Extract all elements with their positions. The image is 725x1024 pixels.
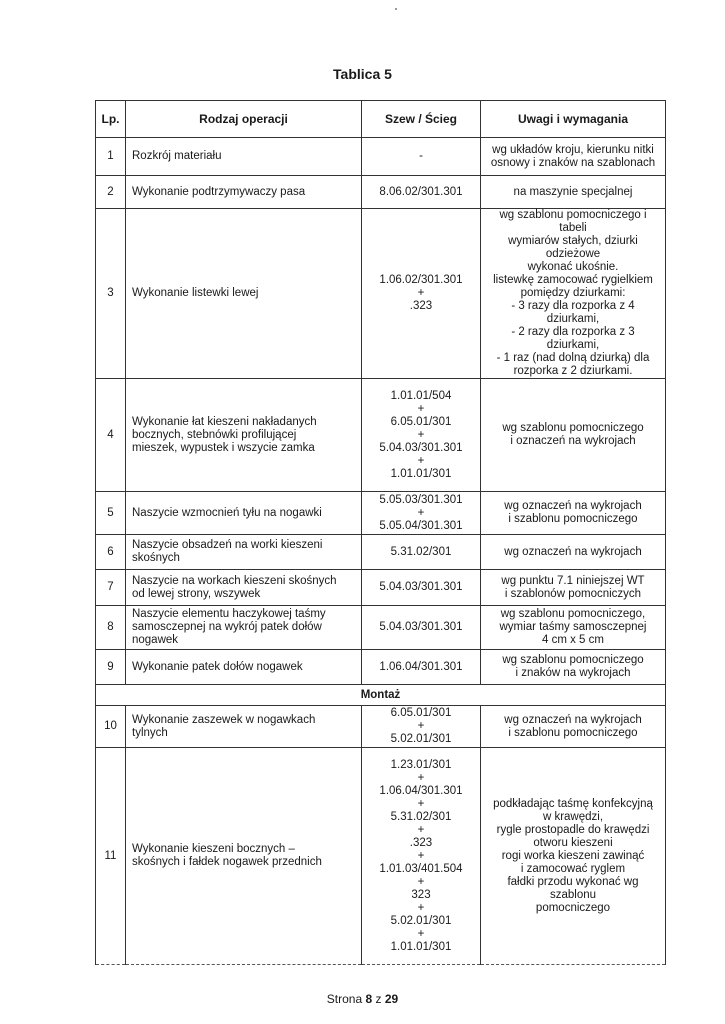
operation-cell-line: mieszek, wypustek i wszycie zamka xyxy=(132,442,357,455)
operation-cell: Naszycie obsadzeń na worki kieszeniskośn… xyxy=(126,535,362,570)
seam-cell-line: 5.04.03/301.301 xyxy=(366,621,476,634)
notes-cell: wg oznaczeń na wykrojachi szablonu pomoc… xyxy=(481,492,666,535)
notes-cell-line: wg oznaczeń na wykrojach xyxy=(485,546,661,559)
operation-cell-line: Naszycie wzmocnień tyłu na nogawki xyxy=(132,507,357,520)
seam-cell-line: 6.05.01/301 xyxy=(366,707,476,720)
seam-cell-line: 1.06.04/301.301 xyxy=(366,661,476,674)
row-number: 5 xyxy=(96,492,126,535)
operation-cell-line: od lewej strony, wszywek xyxy=(132,588,357,601)
header-notes: Uwagi i wymagania xyxy=(481,101,666,138)
notes-cell-line: wg oznaczeń na wykrojach xyxy=(485,714,661,727)
header-seam: Szew / Ścieg xyxy=(362,101,481,138)
table-row: 6Naszycie obsadzeń na worki kieszeniskoś… xyxy=(96,535,666,570)
seam-cell: 6.05.01/301+5.02.01/301 xyxy=(362,706,481,748)
seam-cell: 1.23.01/301+1.06.04/301.301+5.31.02/301+… xyxy=(362,748,481,965)
seam-cell-line: + xyxy=(366,507,476,520)
row-number: 11 xyxy=(96,748,126,965)
operation-cell-line: Naszycie elementu haczykowej taśmy xyxy=(132,608,357,621)
table-title: Tablica 5 xyxy=(0,66,725,82)
operation-cell-line: Rozkrój materiału xyxy=(132,150,357,163)
seam-cell-line: + xyxy=(366,429,476,442)
operation-cell-line: bocznych, stebnówki profilującej xyxy=(132,429,357,442)
seam-cell-line: + xyxy=(366,928,476,941)
operation-cell: Wykonanie patek dołów nogawek xyxy=(126,650,362,685)
notes-cell-line: wg układów kroju, kierunku nitki xyxy=(485,144,661,157)
seam-cell: 1.06.04/301.301 xyxy=(362,650,481,685)
seam-cell: 8.06.02/301.301 xyxy=(362,176,481,209)
table-row: 7Naszycie na workach kieszeni skośnychod… xyxy=(96,570,666,606)
seam-cell-line: + xyxy=(366,902,476,915)
operation-cell-line: Naszycie na workach kieszeni skośnych xyxy=(132,575,357,588)
row-number: 6 xyxy=(96,535,126,570)
operation-cell: Naszycie elementu haczykowej taśmysamosc… xyxy=(126,606,362,650)
operation-cell-line: Wykonanie kieszeni bocznych – xyxy=(132,843,357,856)
operation-cell: Naszycie na workach kieszeni skośnychod … xyxy=(126,570,362,606)
operation-cell: Wykonanie zaszewek w nogawkachtylnych xyxy=(126,706,362,748)
seam-cell: 1.06.02/301.301+.323 xyxy=(362,209,481,379)
seam-cell-line: 5.02.01/301 xyxy=(366,733,476,746)
seam-cell: 5.04.03/301.301 xyxy=(362,570,481,606)
seam-cell: 5.31.02/301 xyxy=(362,535,481,570)
footer-prefix: Strona xyxy=(327,992,362,1006)
notes-cell-line: fałdki przodu wykonać wg szablonu xyxy=(485,876,661,902)
notes-cell-line: wg oznaczeń na wykrojach xyxy=(485,500,661,513)
header-operation: Rodzaj operacji xyxy=(126,101,362,138)
notes-cell-line: i szablonu pomocniczego xyxy=(485,513,661,526)
operation-cell-line: Wykonanie podtrzymywaczy pasa xyxy=(132,186,357,199)
seam-cell-line: 5.05.03/301.301 xyxy=(366,494,476,507)
notes-cell: wg szablonu pomocniczego i tabeliwymiaró… xyxy=(481,209,666,379)
notes-cell: wg szablonu pomocniczegoi znaków na wykr… xyxy=(481,650,666,685)
seam-cell: 1.01.01/504+6.05.01/301+5.04.03/301.301+… xyxy=(362,379,481,492)
section-title: Montaż xyxy=(96,685,666,706)
seam-cell-line: + xyxy=(366,850,476,863)
seam-cell-line: 1.01.01/504 xyxy=(366,390,476,403)
notes-cell-line: - 1 raz (nad dolną dziurką) dla xyxy=(485,352,661,365)
operation-cell-line: Wykonanie zaszewek w nogawkach xyxy=(132,714,357,727)
notes-cell-line: wymiar taśmy samosczepnej xyxy=(485,621,661,634)
operation-cell-line: Wykonanie łat kieszeni nakładanych xyxy=(132,416,357,429)
seam-cell-line: 5.04.03/301.301 xyxy=(366,581,476,594)
row-number: 7 xyxy=(96,570,126,606)
section-row: Montaż xyxy=(96,685,666,706)
notes-cell-line: rygle prostopadle do krawędzi xyxy=(485,824,661,837)
row-number: 1 xyxy=(96,138,126,176)
notes-cell-line: i szablonu pomocniczego xyxy=(485,727,661,740)
seam-cell-line: 5.31.02/301 xyxy=(366,546,476,559)
notes-cell-line: i oznaczeń na wykrojach xyxy=(485,435,661,448)
operation-cell-line: tylnych xyxy=(132,727,357,740)
table-row: 11Wykonanie kieszeni bocznych –skośnych … xyxy=(96,748,666,965)
page-footer: Strona 8 z 29 xyxy=(0,992,725,1006)
notes-cell-line: 4 cm x 5 cm xyxy=(485,634,661,647)
notes-cell: podkładając taśmę konfekcyjnąw krawędzi,… xyxy=(481,748,666,965)
notes-cell: wg szablonu pomocniczego,wymiar taśmy sa… xyxy=(481,606,666,650)
operation-cell-line: Naszycie obsadzeń na worki kieszeni xyxy=(132,539,357,552)
table-row: 2Wykonanie podtrzymywaczy pasa8.06.02/30… xyxy=(96,176,666,209)
notes-cell-line: wg szablonu pomocniczego xyxy=(485,654,661,667)
notes-cell-line: na maszynie specjalnej xyxy=(485,186,661,199)
notes-cell-line: - 3 razy dla rozporka z 4 dziurkami, xyxy=(485,300,661,326)
notes-cell-line: wykonać ukośnie. xyxy=(485,261,661,274)
seam-cell-line: .323 xyxy=(366,300,476,313)
table-row: 10Wykonanie zaszewek w nogawkachtylnych6… xyxy=(96,706,666,748)
row-number: 3 xyxy=(96,209,126,379)
seam-cell-line: 8.06.02/301.301 xyxy=(366,186,476,199)
notes-cell-line: wg szablonu pomocniczego xyxy=(485,422,661,435)
seam-cell-line: 5.05.04/301.301 xyxy=(366,520,476,533)
row-number: 9 xyxy=(96,650,126,685)
notes-cell-line: i znaków na wykrojach xyxy=(485,667,661,680)
seam-cell-line: 1.01.03/401.504 xyxy=(366,863,476,876)
operation-cell-line: nogawek xyxy=(132,634,357,647)
table-row: 9Wykonanie patek dołów nogawek1.06.04/30… xyxy=(96,650,666,685)
notes-cell-line: otworu kieszeni xyxy=(485,837,661,850)
notes-cell-line: i zamocować ryglem xyxy=(485,863,661,876)
seam-cell-line: - xyxy=(366,150,476,163)
seam-cell-line: + xyxy=(366,824,476,837)
seam-cell-line: 323 xyxy=(366,889,476,902)
notes-cell: wg oznaczeń na wykrojach xyxy=(481,535,666,570)
seam-cell-line: 1.06.04/301.301 xyxy=(366,785,476,798)
seam-cell-line: 1.23.01/301 xyxy=(366,759,476,772)
notes-cell: wg układów kroju, kierunku nitkiosnowy i… xyxy=(481,138,666,176)
table-row: 8Naszycie elementu haczykowej taśmysamos… xyxy=(96,606,666,650)
operation-cell-line: skośnych i fałdek nogawek przednich xyxy=(132,856,357,869)
table-row: 4Wykonanie łat kieszeni nakładanychboczn… xyxy=(96,379,666,492)
seam-cell-line: + xyxy=(366,455,476,468)
notes-cell: wg punktu 7.1 niniejszej WTi szablonów p… xyxy=(481,570,666,606)
row-number: 2 xyxy=(96,176,126,209)
seam-cell-line: 6.05.01/301 xyxy=(366,416,476,429)
operation-cell: Rozkrój materiału xyxy=(126,138,362,176)
seam-cell-line: + xyxy=(366,287,476,300)
table-header-row: Lp. Rodzaj operacji Szew / Ścieg Uwagi i… xyxy=(96,101,666,138)
seam-cell-line: + xyxy=(366,403,476,416)
notes-cell-line: listewkę zamocować rygielkiem xyxy=(485,274,661,287)
row-number: 8 xyxy=(96,606,126,650)
notes-cell-line: podkładając taśmę konfekcyjną xyxy=(485,798,661,811)
table-row: 5Naszycie wzmocnień tyłu na nogawki5.05.… xyxy=(96,492,666,535)
seam-cell-line: 1.01.01/301 xyxy=(366,941,476,954)
seam-cell-line: 1.01.01/301 xyxy=(366,468,476,481)
notes-cell-line: pomiędzy dziurkami: xyxy=(485,287,661,300)
operation-cell-line: skośnych xyxy=(132,552,357,565)
operation-cell-line: Wykonanie patek dołów nogawek xyxy=(132,661,357,674)
operation-cell-line: samosczepnej na wykrój patek dołów xyxy=(132,621,357,634)
header-lp: Lp. xyxy=(96,101,126,138)
notes-cell-line: pomocniczego xyxy=(485,902,661,915)
notes-cell-line: rogi worka kieszeni zawinąć xyxy=(485,850,661,863)
seam-cell-line: + xyxy=(366,772,476,785)
notes-cell-line: wg szablonu pomocniczego i tabeli xyxy=(485,209,661,235)
seam-cell-line: .323 xyxy=(366,837,476,850)
scan-speck xyxy=(395,8,397,10)
operations-table: Lp. Rodzaj operacji Szew / Ścieg Uwagi i… xyxy=(95,100,666,965)
seam-cell: 5.04.03/301.301 xyxy=(362,606,481,650)
notes-cell-line: wymiarów stałych, dziurki odzieżowe xyxy=(485,235,661,261)
notes-cell-line: i szablonów pomocniczych xyxy=(485,588,661,601)
seam-cell-line: 1.06.02/301.301 xyxy=(366,274,476,287)
notes-cell-line: - 2 razy dla rozporka z 3 dziurkami, xyxy=(485,326,661,352)
operation-cell-line: Wykonanie listewki lewej xyxy=(132,287,357,300)
notes-cell: wg szablonu pomocniczegoi oznaczeń na wy… xyxy=(481,379,666,492)
operation-cell: Wykonanie łat kieszeni nakładanychboczny… xyxy=(126,379,362,492)
notes-cell-line: w krawędzi, xyxy=(485,811,661,824)
notes-cell: wg oznaczeń na wykrojachi szablonu pomoc… xyxy=(481,706,666,748)
footer-total: 29 xyxy=(385,992,398,1006)
operation-cell: Wykonanie listewki lewej xyxy=(126,209,362,379)
seam-cell-line: + xyxy=(366,876,476,889)
operation-cell: Wykonanie kieszeni bocznych –skośnych i … xyxy=(126,748,362,965)
seam-cell: 5.05.03/301.301+5.05.04/301.301 xyxy=(362,492,481,535)
notes-cell-line: rozporka z 2 dziurkami. xyxy=(485,365,661,378)
row-number: 10 xyxy=(96,706,126,748)
seam-cell-line: 5.02.01/301 xyxy=(366,915,476,928)
footer-page: 8 xyxy=(365,992,372,1006)
notes-cell-line: wg szablonu pomocniczego, xyxy=(485,608,661,621)
notes-cell-line: osnowy i znaków na szablonach xyxy=(485,157,661,170)
seam-cell-line: + xyxy=(366,720,476,733)
table-row: 1Rozkrój materiału-wg układów kroju, kie… xyxy=(96,138,666,176)
seam-cell: - xyxy=(362,138,481,176)
row-number: 4 xyxy=(96,379,126,492)
seam-cell-line: + xyxy=(366,798,476,811)
seam-cell-line: 5.31.02/301 xyxy=(366,811,476,824)
operation-cell: Naszycie wzmocnień tyłu na nogawki xyxy=(126,492,362,535)
footer-sep: z xyxy=(376,992,382,1006)
notes-cell-line: wg punktu 7.1 niniejszej WT xyxy=(485,575,661,588)
notes-cell: na maszynie specjalnej xyxy=(481,176,666,209)
operation-cell: Wykonanie podtrzymywaczy pasa xyxy=(126,176,362,209)
seam-cell-line: 5.04.03/301.301 xyxy=(366,442,476,455)
table-row: 3Wykonanie listewki lewej1.06.02/301.301… xyxy=(96,209,666,379)
